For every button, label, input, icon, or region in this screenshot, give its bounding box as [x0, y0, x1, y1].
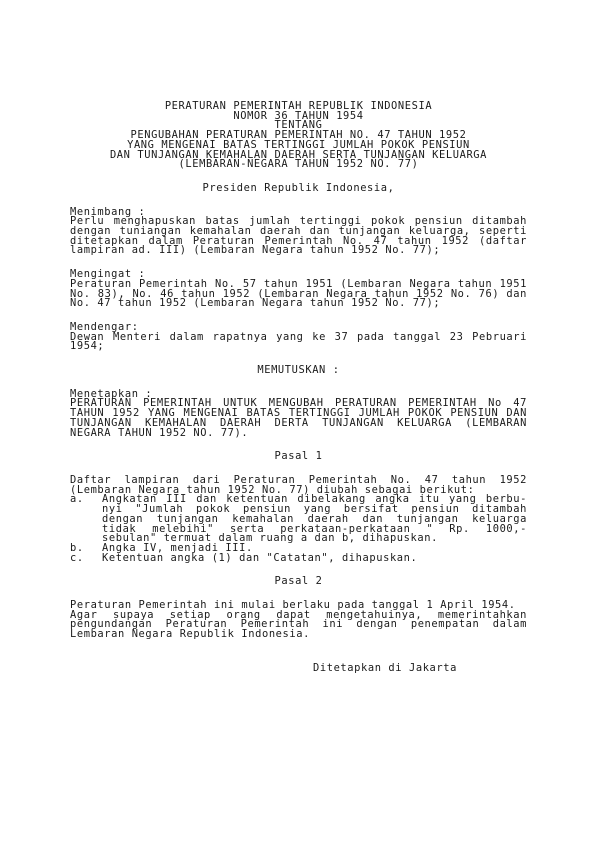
text-line: lampiran ad. III) (Lembaran Negara tahun… — [70, 246, 527, 256]
title-line: (LEMBARAN-NEGARA TAHUN 1952 NO. 77) — [70, 160, 527, 170]
document-page: PERATURAN PEMERINTAH REPUBLIK INDONESIA … — [70, 102, 527, 674]
list-item-a: a. Angkatan III dan ketentuan dibelakang… — [70, 495, 527, 544]
document-title: PERATURAN PEMERINTAH REPUBLIK INDONESIA … — [70, 102, 527, 170]
mendengar-section: Mendengar: Dewan Menteri dalam rapatnya … — [70, 323, 527, 352]
text-line: Ketentuan angka (1) dan "Catatan", dihap… — [102, 554, 527, 564]
text-line: NEGARA TAHUN 1952 NO. 77). — [70, 429, 527, 439]
signature-place: Ditetapkan di Jakarta — [313, 664, 457, 674]
menimbang-section: Menimbang : Perlu menghapuskan batas jum… — [70, 208, 527, 257]
text-line: Dewan Menteri dalam rapatnya yang ke 37 … — [70, 333, 527, 343]
text-line: Lembaran Negara Republik Indonesia. — [70, 630, 527, 640]
text-line: 1954; — [70, 342, 527, 352]
signature-block: Ditetapkan di Jakarta — [70, 664, 527, 674]
pasal-2-heading: Pasal 2 — [70, 577, 527, 587]
menetapkan-section: Menetapkan : PERATURAN PEMERINTAH UNTUK … — [70, 390, 527, 439]
mengingat-section: Mengingat : Peraturan Pemerintah No. 57 … — [70, 270, 527, 309]
pasal-1-heading: Pasal 1 — [70, 452, 527, 462]
pasal-1-body: Daftar lampiran dari Peraturan Pemerinta… — [70, 476, 527, 563]
list-marker: c. — [70, 554, 84, 564]
pasal-2-body: Peraturan Pemerintah ini mulai berlaku p… — [70, 601, 527, 640]
text-line: No. 47 tahun 1952 (Lembaran Negara tahun… — [70, 299, 527, 309]
memutuskan-heading: MEMUTUSKAN : — [70, 366, 527, 376]
list-marker: a. — [70, 495, 84, 505]
list-item-c: c. Ketentuan angka (1) dan "Catatan", di… — [70, 554, 527, 564]
president-line: Presiden Republik Indonesia, — [70, 184, 527, 194]
